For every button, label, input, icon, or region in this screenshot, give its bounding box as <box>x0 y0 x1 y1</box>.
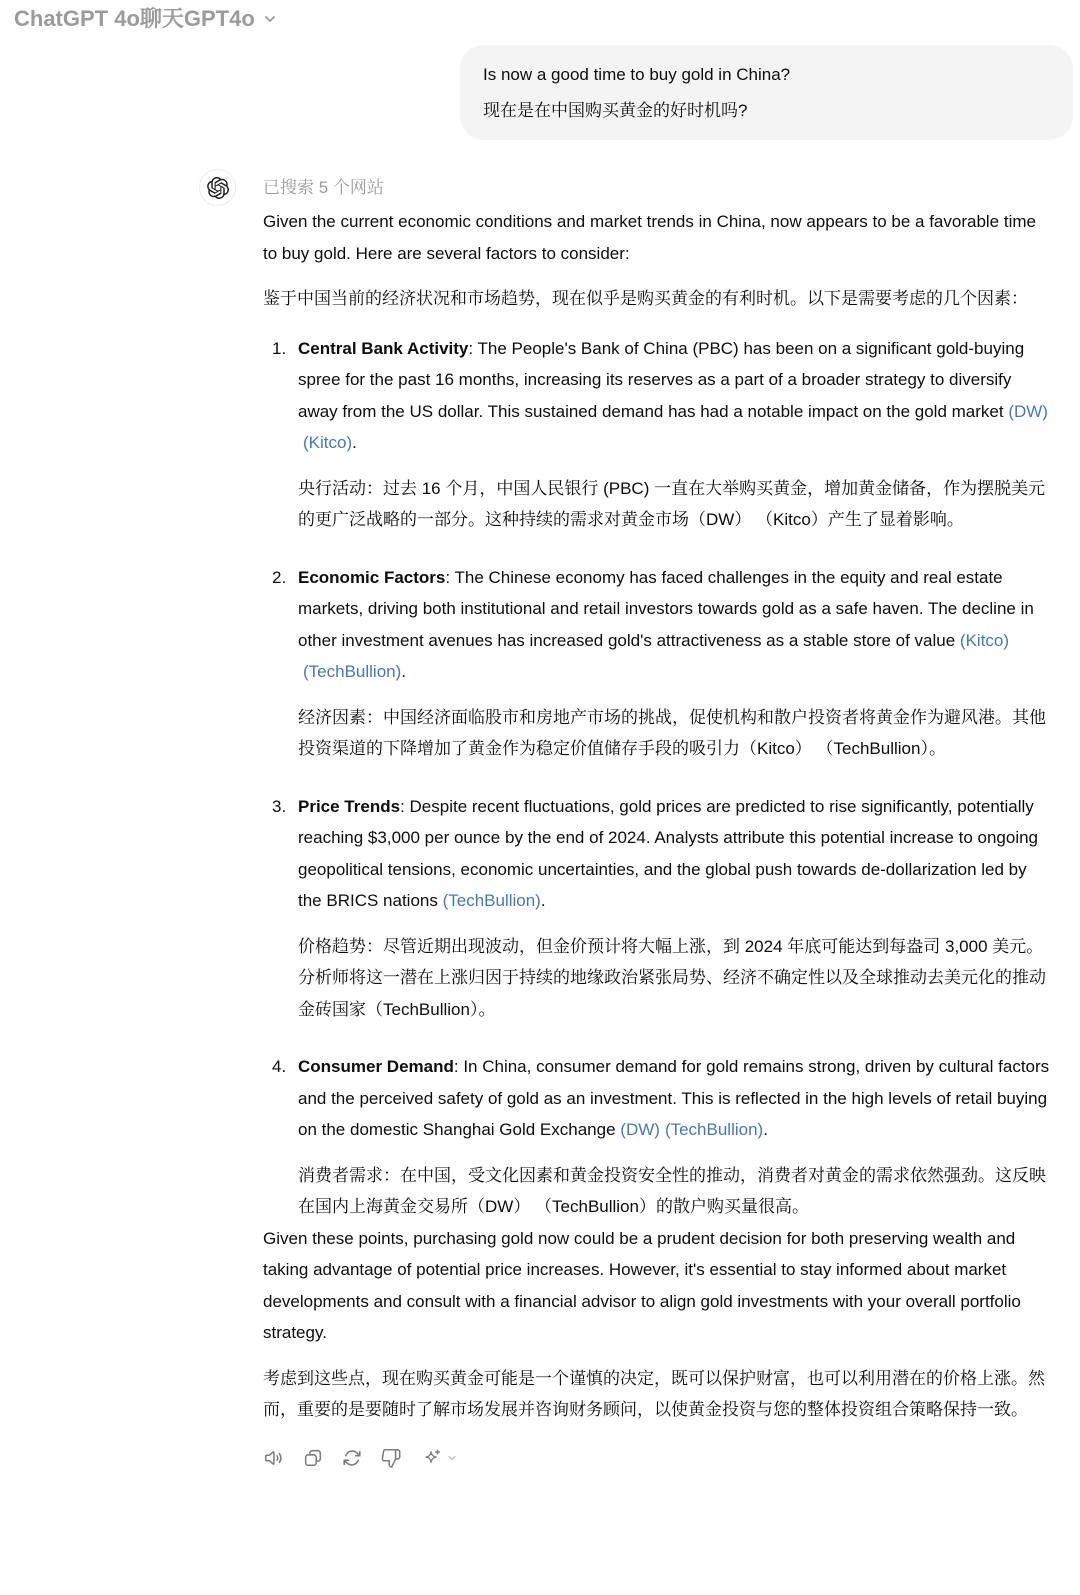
model-switch-button[interactable] <box>416 1444 462 1472</box>
model-selector[interactable]: ChatGPT 4o聊天GPT4o <box>14 0 278 34</box>
list-item-number: 1. <box>263 333 298 536</box>
user-message-line-en: Is now a good time to buy gold in China? <box>483 57 1049 93</box>
citation-link[interactable]: (Kitco) <box>960 631 1009 650</box>
thumbs-down-icon <box>380 1447 402 1469</box>
citation-link[interactable]: (DW) <box>620 1120 660 1139</box>
assistant-intro-en: Given the current economic conditions an… <box>263 206 1053 269</box>
citation-link[interactable]: (DW) <box>1008 402 1048 421</box>
chat-page: { "colors": { "link_blue": "#4878b4", "m… <box>0 0 1080 1595</box>
list-item: 3. Price Trends: Despite recent fluctuat… <box>263 791 1053 1026</box>
list-item-title: Economic Factors <box>298 568 445 587</box>
model-selector-label: ChatGPT 4o聊天GPT4o <box>14 2 255 33</box>
chevron-down-icon <box>262 11 278 27</box>
citation-link[interactable]: (Kitco) <box>303 433 352 452</box>
list-item-body: Economic Factors: The Chinese economy ha… <box>298 562 1053 765</box>
regenerate-button[interactable] <box>338 1444 366 1472</box>
user-message-bubble: Is now a good time to buy gold in China?… <box>460 45 1073 140</box>
list-item-body: Price Trends: Despite recent fluctuation… <box>298 791 1053 1026</box>
list-item-paragraph-en: Economic Factors: The Chinese economy ha… <box>298 562 1053 688</box>
list-item-title: Price Trends <box>298 797 400 816</box>
list-item-text: : Despite recent fluctuations, gold pric… <box>298 797 1038 911</box>
message-action-bar <box>260 1444 1053 1472</box>
user-message-line-zh: 现在是在中国购买黄金的好时机吗? <box>483 93 1049 129</box>
list-item-paragraph-en: Price Trends: Despite recent fluctuation… <box>298 791 1053 917</box>
list-item-suffix: . <box>541 891 546 910</box>
list-item-number: 4. <box>263 1051 298 1223</box>
chevron-down-icon <box>446 1452 458 1464</box>
list-item-title: Consumer Demand <box>298 1057 454 1076</box>
list-item-paragraph-zh: 经济因素：中国经济面临股市和房地产市场的挑战，促使机构和散户投资者将黄金作为避风… <box>298 702 1053 765</box>
assistant-message: 已搜索 5 个网站 Given the current economic con… <box>263 169 1053 1472</box>
thumbs-down-button[interactable] <box>377 1444 405 1472</box>
list-item-suffix: . <box>352 433 357 452</box>
avatar <box>199 169 236 206</box>
list-item: 2. Economic Factors: The Chinese economy… <box>263 562 1053 765</box>
list-item: 4. Consumer Demand: In China, consumer d… <box>263 1051 1053 1223</box>
list-item-number: 3. <box>263 791 298 1026</box>
assistant-closing-zh: 考虑到这些点，现在购买黄金可能是一个谨慎的决定，既可以保护财富，也可以利用潜在的… <box>263 1363 1053 1426</box>
assistant-closing-en: Given these points, purchasing gold now … <box>263 1223 1053 1349</box>
assistant-intro-zh: 鉴于中国当前的经济状况和市场趋势，现在似乎是购买黄金的有利时机。以下是需要考虑的… <box>263 283 1053 315</box>
list-item-paragraph-zh: 央行活动：过去 16 个月，中国人民银行 (PBC) 一直在大举购买黄金，增加黄… <box>298 473 1053 536</box>
list-item-suffix: . <box>763 1120 768 1139</box>
list-item-body: Consumer Demand: In China, consumer dema… <box>298 1051 1053 1223</box>
search-status: 已搜索 5 个网站 <box>263 169 1053 206</box>
openai-logo-icon <box>207 177 229 199</box>
citation-link[interactable]: (TechBullion) <box>443 891 541 910</box>
citation-link[interactable]: (TechBullion) <box>303 662 401 681</box>
list-item: 1. Central Bank Activity: The People's B… <box>263 333 1053 536</box>
copy-button[interactable] <box>299 1444 327 1472</box>
sparkle-icon <box>421 1447 443 1469</box>
list-item-paragraph-en: Consumer Demand: In China, consumer dema… <box>298 1051 1053 1146</box>
list-item-paragraph-zh: 价格趋势：尽管近期出现波动，但金价预计将大幅上涨，到 2024 年底可能达到每盎… <box>298 931 1053 1026</box>
citation-link[interactable]: (TechBullion) <box>665 1120 763 1139</box>
regenerate-icon <box>341 1447 363 1469</box>
list-item-paragraph-en: Central Bank Activity: The People's Bank… <box>298 333 1053 459</box>
list-item-title: Central Bank Activity <box>298 339 468 358</box>
factors-list: 1. Central Bank Activity: The People's B… <box>263 333 1053 1223</box>
read-aloud-icon <box>263 1447 285 1469</box>
copy-icon <box>302 1447 324 1469</box>
list-item-paragraph-zh: 消费者需求：在中国，受文化因素和黄金投资安全性的推动，消费者对黄金的需求依然强劲… <box>298 1160 1053 1223</box>
list-item-number: 2. <box>263 562 298 765</box>
list-item-suffix: . <box>401 662 406 681</box>
read-aloud-button[interactable] <box>260 1444 288 1472</box>
list-item-body: Central Bank Activity: The People's Bank… <box>298 333 1053 536</box>
